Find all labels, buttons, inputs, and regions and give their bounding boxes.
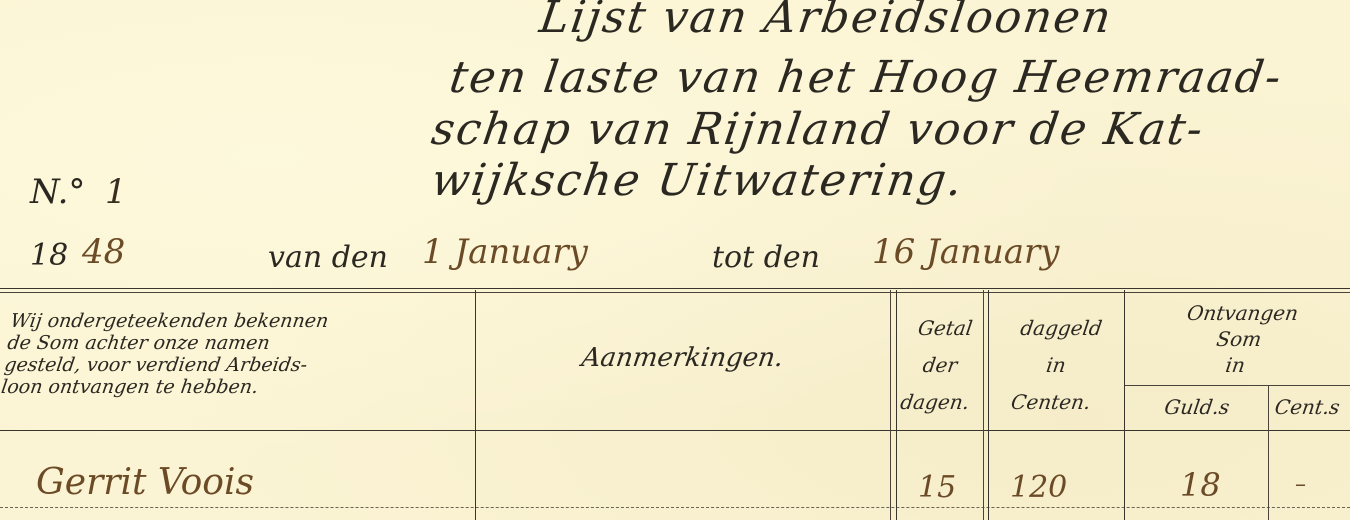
number-label: N.° <box>30 172 85 212</box>
number-value: 1 <box>105 172 127 212</box>
header-days: Getal der dagen. <box>890 310 990 421</box>
received-subheader-rule <box>1125 385 1350 386</box>
header-daily-wage-line-1: daggeld <box>993 310 1130 347</box>
header-declaration-line-3: gesteld, voor verdiend Arbeids- <box>3 354 472 376</box>
header-declaration-line-4: loon ontvangen te hebben. <box>0 376 469 398</box>
title-line-3: schap van Rijnland voor de Kat- <box>428 104 1207 155</box>
header-days-line-1: Getal <box>901 310 990 347</box>
row-guilders: 18 <box>1180 466 1221 504</box>
year-suffix: 48 <box>82 232 125 272</box>
header-days-line-3: dagen. <box>890 384 979 421</box>
header-remarks: Aanmerkingen. <box>478 346 886 370</box>
header-daily-wage-line-2: in <box>987 347 1124 384</box>
period-from-value: 1 January <box>422 232 588 272</box>
year-prefix: 18 <box>30 238 68 273</box>
title-line-4: wijksche Uitwatering. <box>428 155 967 206</box>
row-name: Gerrit Voois <box>36 462 254 503</box>
header-declaration-line-2: de Som achter onze namen <box>6 332 475 354</box>
period-from-label: van den <box>268 240 388 275</box>
header-bottom-rule <box>0 430 1350 431</box>
table-top-rule <box>0 288 1350 289</box>
col-divider-2a <box>890 290 891 520</box>
header-declaration-line-1: Wij ondergeteekenden bekennen <box>9 310 478 332</box>
table-top-rule-inner <box>0 292 1350 293</box>
header-declaration: Wij ondergeteekenden bekennen de Som ach… <box>0 310 478 398</box>
title-line-2: ten laste van het Hoog Heemraad- <box>446 52 1285 103</box>
row-daily-wage: 120 <box>1010 470 1067 505</box>
header-daily-wage: daggeld in Centen. <box>982 310 1130 421</box>
header-days-line-2: der <box>895 347 984 384</box>
col-divider-5 <box>1268 385 1269 520</box>
header-received-sum: Ontvangen Som in <box>1123 300 1350 378</box>
title-line-1: Lijst van Arbeidsloonen <box>536 0 1115 43</box>
header-daily-wage-line-3: Centen. <box>982 384 1119 421</box>
header-guilders: Guld.s <box>1126 395 1267 419</box>
header-received-line-1: Ontvangen <box>1130 300 1350 326</box>
header-received-line-3: in <box>1123 352 1349 378</box>
row-1-bottom-rule <box>0 507 1350 508</box>
period-to-label: tot den <box>712 240 820 275</box>
header-cents: Cent.s <box>1273 395 1350 419</box>
row-cents: – <box>1295 472 1306 497</box>
header-received-line-2: Som <box>1126 326 1350 352</box>
row-days: 15 <box>918 470 956 505</box>
period-to-value: 16 January <box>872 232 1060 272</box>
